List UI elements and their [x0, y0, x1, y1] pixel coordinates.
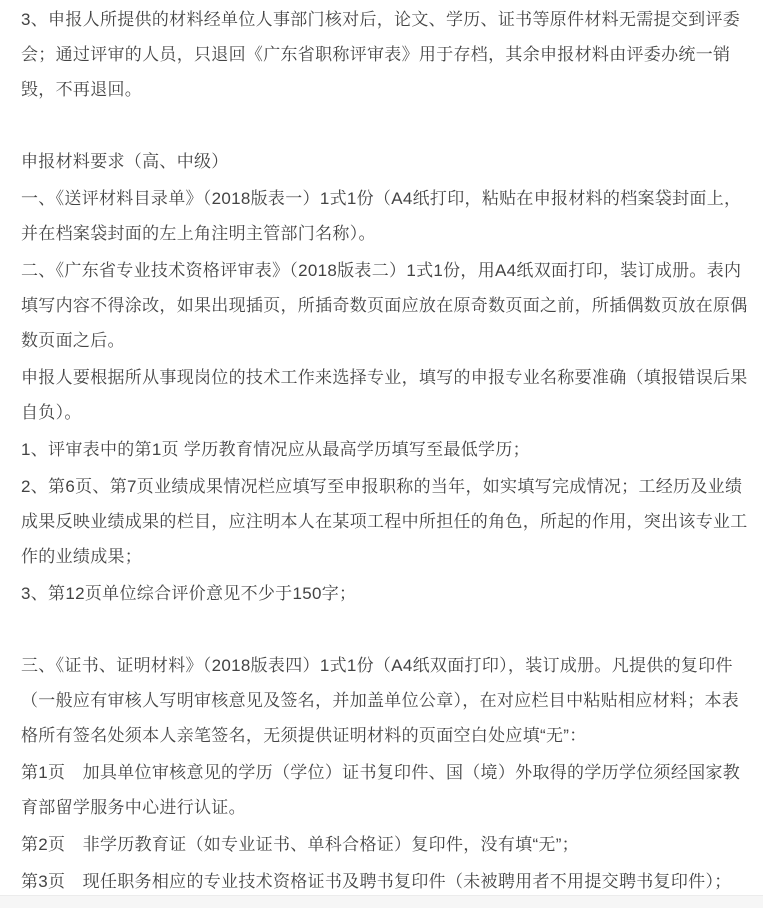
- page1-diploma-copies-note: 第1页 加具单位审核意见的学历（学位）证书复印件、国（境）外取得的学历学位须经国…: [21, 755, 755, 825]
- document-body: 3、申报人所提供的材料经单位人事部门核对后，论文、学历、证书等原件材料无需提交到…: [0, 0, 763, 899]
- blank-line: [21, 613, 755, 646]
- section-title-material-requirements: 申报材料要求（高、中级）: [21, 144, 755, 179]
- paragraph-original-materials-return-policy: 3、申报人所提供的材料经单位人事部门核对后，论文、学历、证书等原件材料无需提交到…: [21, 2, 755, 107]
- note-1-education-history: 1、评审表中的第1页 学历教育情况应从最高学历填写至最低学历；: [21, 432, 755, 467]
- paragraph-specialty-selection: 申报人要根据所从事现岗位的技术工作来选择专业，填写的申报专业名称要准确（填报错误…: [21, 360, 755, 430]
- item-two-qualification-review-form: 二、《广东省专业技术资格评审表》（2018版表二）1式1份，用A4纸双面打印，装…: [21, 253, 755, 358]
- page3-qualification-certificate-note: 第3页 现任职务相应的专业技术资格证书及聘书复印件（未被聘用者不用提交聘书复印件…: [21, 864, 755, 899]
- note-2-achievements: 2、第6页、第7页业绩成果情况栏应填写至申报职称的当年，如实填写完成情况；工经历…: [21, 469, 755, 574]
- blank-line: [21, 109, 755, 142]
- item-three-certificates-proof-materials: 三、《证书、证明材料》（2018版表四）1式1份（A4纸双面打印），装订成册。凡…: [21, 648, 755, 753]
- item-one-catalog-list: 一、《送评材料目录单》（2018版表一）1式1份（A4纸打印，粘贴在申报材料的档…: [21, 181, 755, 251]
- page-bottom-edge: [0, 895, 763, 908]
- page2-non-academic-certificates-note: 第2页 非学历教育证（如专业证书、单科合格证）复印件，没有填“无”；: [21, 827, 755, 862]
- note-3-unit-evaluation: 3、第12页单位综合评价意见不少于150字；: [21, 576, 755, 611]
